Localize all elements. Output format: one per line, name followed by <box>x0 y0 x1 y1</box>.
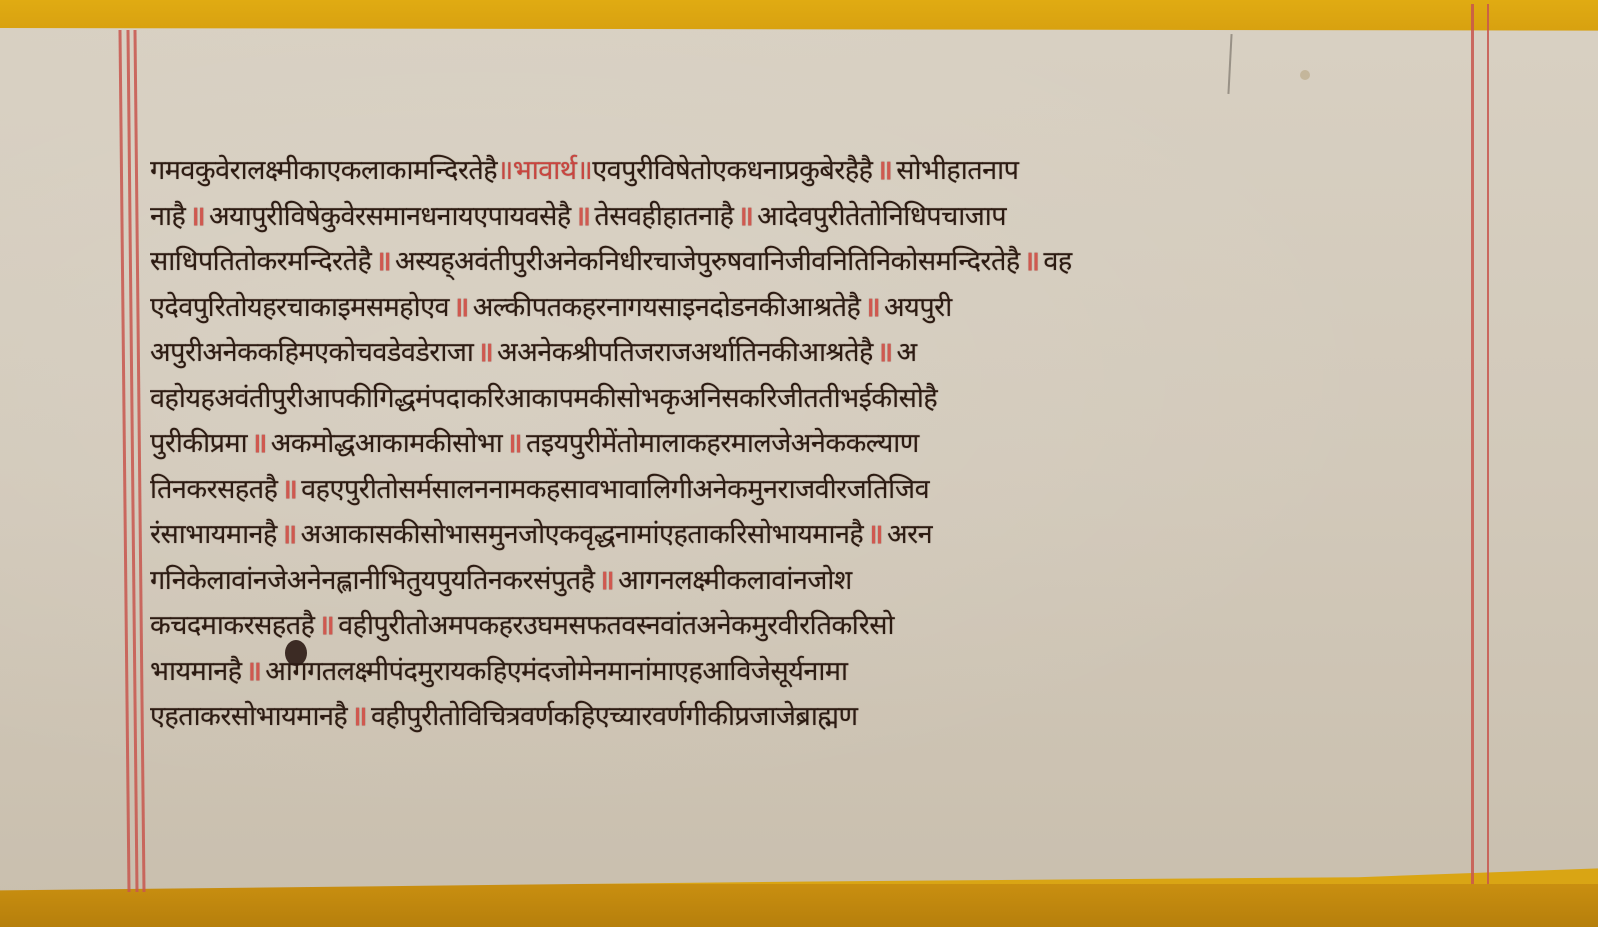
text-segment: अयपुरी <box>884 292 952 323</box>
text-segment: अ <box>897 337 917 368</box>
text-segment: एहताकरसोभायमानहै <box>150 701 347 732</box>
danda-mark: ॥ <box>277 474 301 505</box>
text-segment: अयापुरीविषेकुवेरसमानधनायएपायवसेहै <box>209 201 571 232</box>
danda-mark: ॥ <box>1020 246 1044 277</box>
danda-mark: ॥ <box>242 656 266 687</box>
text-line-8: तिनकरसहतहै॥वहएपुरीतोसर्मसालननामकहसावभावा… <box>150 467 1450 513</box>
text-segment: वह <box>1043 246 1071 277</box>
text-segment: गनिकेलावांनजेअनेनह्लानीभितुयपुयतिनकरसंपु… <box>150 565 594 596</box>
text-segment: पुरीकीप्रमा <box>150 428 247 459</box>
danda-mark: ॥ <box>347 701 371 732</box>
danda-mark: ॥ <box>860 292 884 323</box>
text-line-10: गनिकेलावांनजेअनेनह्लानीभितुयपुयतिनकरसंपु… <box>150 558 1450 604</box>
text-segment: वहएपुरीतोसर्मसालननामकहसावभावालिगीअनेकमुन… <box>301 474 929 505</box>
text-line-6: वहोयहअवंतीपुरीआपकीगिद्धमंपदाकरिआकापमकीसो… <box>150 376 1450 422</box>
text-segment: साधिपतितोकरमन्दिरतेहै <box>150 246 371 277</box>
text-line-2: नाहै॥अयापुरीविषेकुवेरसमानधनायएपायवसेहै॥त… <box>150 194 1450 240</box>
text-segment: वहीपुरीतोअमपकहरउघमसफतवस्नवांतअनेकमुरवीरत… <box>338 610 894 641</box>
text-segment: तइयपुरीमेंतोमालाकहरमालजेअनेककल्याण <box>526 428 919 459</box>
danda-mark: ॥ <box>502 428 526 459</box>
text-segment: नाहै <box>150 201 185 232</box>
text-segment: अआकासकीसोभासमुनजोएकवृद्धनामांएहताकरिसोभा… <box>301 519 864 550</box>
text-segment: रंसाभायमानहै <box>150 519 277 550</box>
text-segment: एवपुरीविषेतोएकधनाप्रकुबेरहैहै <box>592 155 872 186</box>
text-line-5: अपुरीअनेककहिमएकोचवडेवडेराजा॥अअनेकश्रीपति… <box>150 330 1450 376</box>
text-segment: अपुरीअनेककहिमएकोचवडेवडेराजा <box>150 337 473 368</box>
danda-mark: ॥ <box>314 610 338 641</box>
danda-mark: ॥ <box>473 337 497 368</box>
yellow-cloth-bottom <box>0 884 1598 927</box>
text-line-7: पुरीकीप्रमा॥अकमोद्धआकामकीसोभा॥तइयपुरीमें… <box>150 421 1450 467</box>
text-segment: गमवकुवेरालक्ष्मीकाएकलाकामन्दिरतेहै <box>150 155 497 186</box>
text-segment: भायमानहै <box>150 656 242 687</box>
text-segment: आगनलक्ष्मीकलावांनजोश <box>618 565 852 596</box>
danda-mark: ॥ <box>873 155 897 186</box>
text-line-11: कचदमाकरसहतहै॥वहीपुरीतोअमपकहरउघमसफतवस्नवा… <box>150 603 1450 649</box>
text-segment: अल्कीपतकहरनागयसाइनदोडनकीआश्रतेहै <box>473 292 861 323</box>
danda-mark: ॥ <box>571 201 595 232</box>
text-segment: सोभीहातनाप <box>896 155 1018 186</box>
rubric-heading: ॥भावार्थ॥ <box>497 155 592 186</box>
danda-mark: ॥ <box>371 246 395 277</box>
text-segment: कचदमाकरसहतहै <box>150 610 314 641</box>
right-margin-rule-outer <box>1487 4 1489 884</box>
text-segment: अकमोद्धआकामकीसोभा <box>271 428 503 459</box>
text-segment: अरन <box>887 519 932 550</box>
danda-mark: ॥ <box>863 519 887 550</box>
text-line-3: साधिपतितोकरमन्दिरतेहै॥अस्यह्अवंतीपुरीअने… <box>150 239 1450 285</box>
danda-mark: ॥ <box>449 292 473 323</box>
danda-mark: ॥ <box>277 519 301 550</box>
danda-mark: ॥ <box>733 201 757 232</box>
text-line-13: एहताकरसोभायमानहै॥वहीपुरीतोविचित्रवर्णकहि… <box>150 694 1450 740</box>
danda-mark: ॥ <box>185 201 209 232</box>
text-segment: तिनकरसहतहै <box>150 474 277 505</box>
text-segment: एदेवपुरितोयहरचाकाइमसमहोएव <box>150 292 449 323</box>
text-line-4: एदेवपुरितोयहरचाकाइमसमहोएव॥अल्कीपतकहरनागय… <box>150 285 1450 331</box>
paper-stain <box>1300 70 1310 80</box>
right-margin-rule-inner <box>1471 4 1474 884</box>
manuscript-text: गमवकुवेरालक्ष्मीकाएकलाकामन्दिरतेहै॥भावार… <box>150 148 1450 740</box>
text-segment: तेसवहीहातनाहै <box>594 201 733 232</box>
text-segment: वहोयहअवंतीपुरीआपकीगिद्धमंपदाकरिआकापमकीसो… <box>150 383 937 414</box>
text-segment: वहीपुरीतोविचित्रवर्णकहिएच्यारवर्णगीकीप्र… <box>371 701 858 732</box>
text-segment: अस्यह्अवंतीपुरीअनेकनिधीरचाजेपुरुषवानिजीव… <box>395 246 1020 277</box>
danda-mark: ॥ <box>594 565 618 596</box>
text-line-12: भायमानहै॥आगगतलक्ष्मीपंदमुरायकहिएमंदजोमेन… <box>150 649 1450 695</box>
text-line-9: रंसाभायमानहै॥अआकासकीसोभासमुनजोएकवृद्धनाम… <box>150 512 1450 558</box>
danda-mark: ॥ <box>247 428 271 459</box>
text-line-1: गमवकुवेरालक्ष्मीकाएकलाकामन्दिरतेहै॥भावार… <box>150 148 1450 194</box>
text-segment: आगगतलक्ष्मीपंदमुरायकहिएमंदजोमेनमानांमाएह… <box>265 656 847 687</box>
danda-mark: ॥ <box>873 337 897 368</box>
text-segment: आदेवपुरीतेतोनिधिपचाजाप <box>757 201 1006 232</box>
ink-blot <box>285 640 307 666</box>
text-segment: अअनेकश्रीपतिजराजअर्थातिनकीआश्रतेहै <box>497 337 873 368</box>
